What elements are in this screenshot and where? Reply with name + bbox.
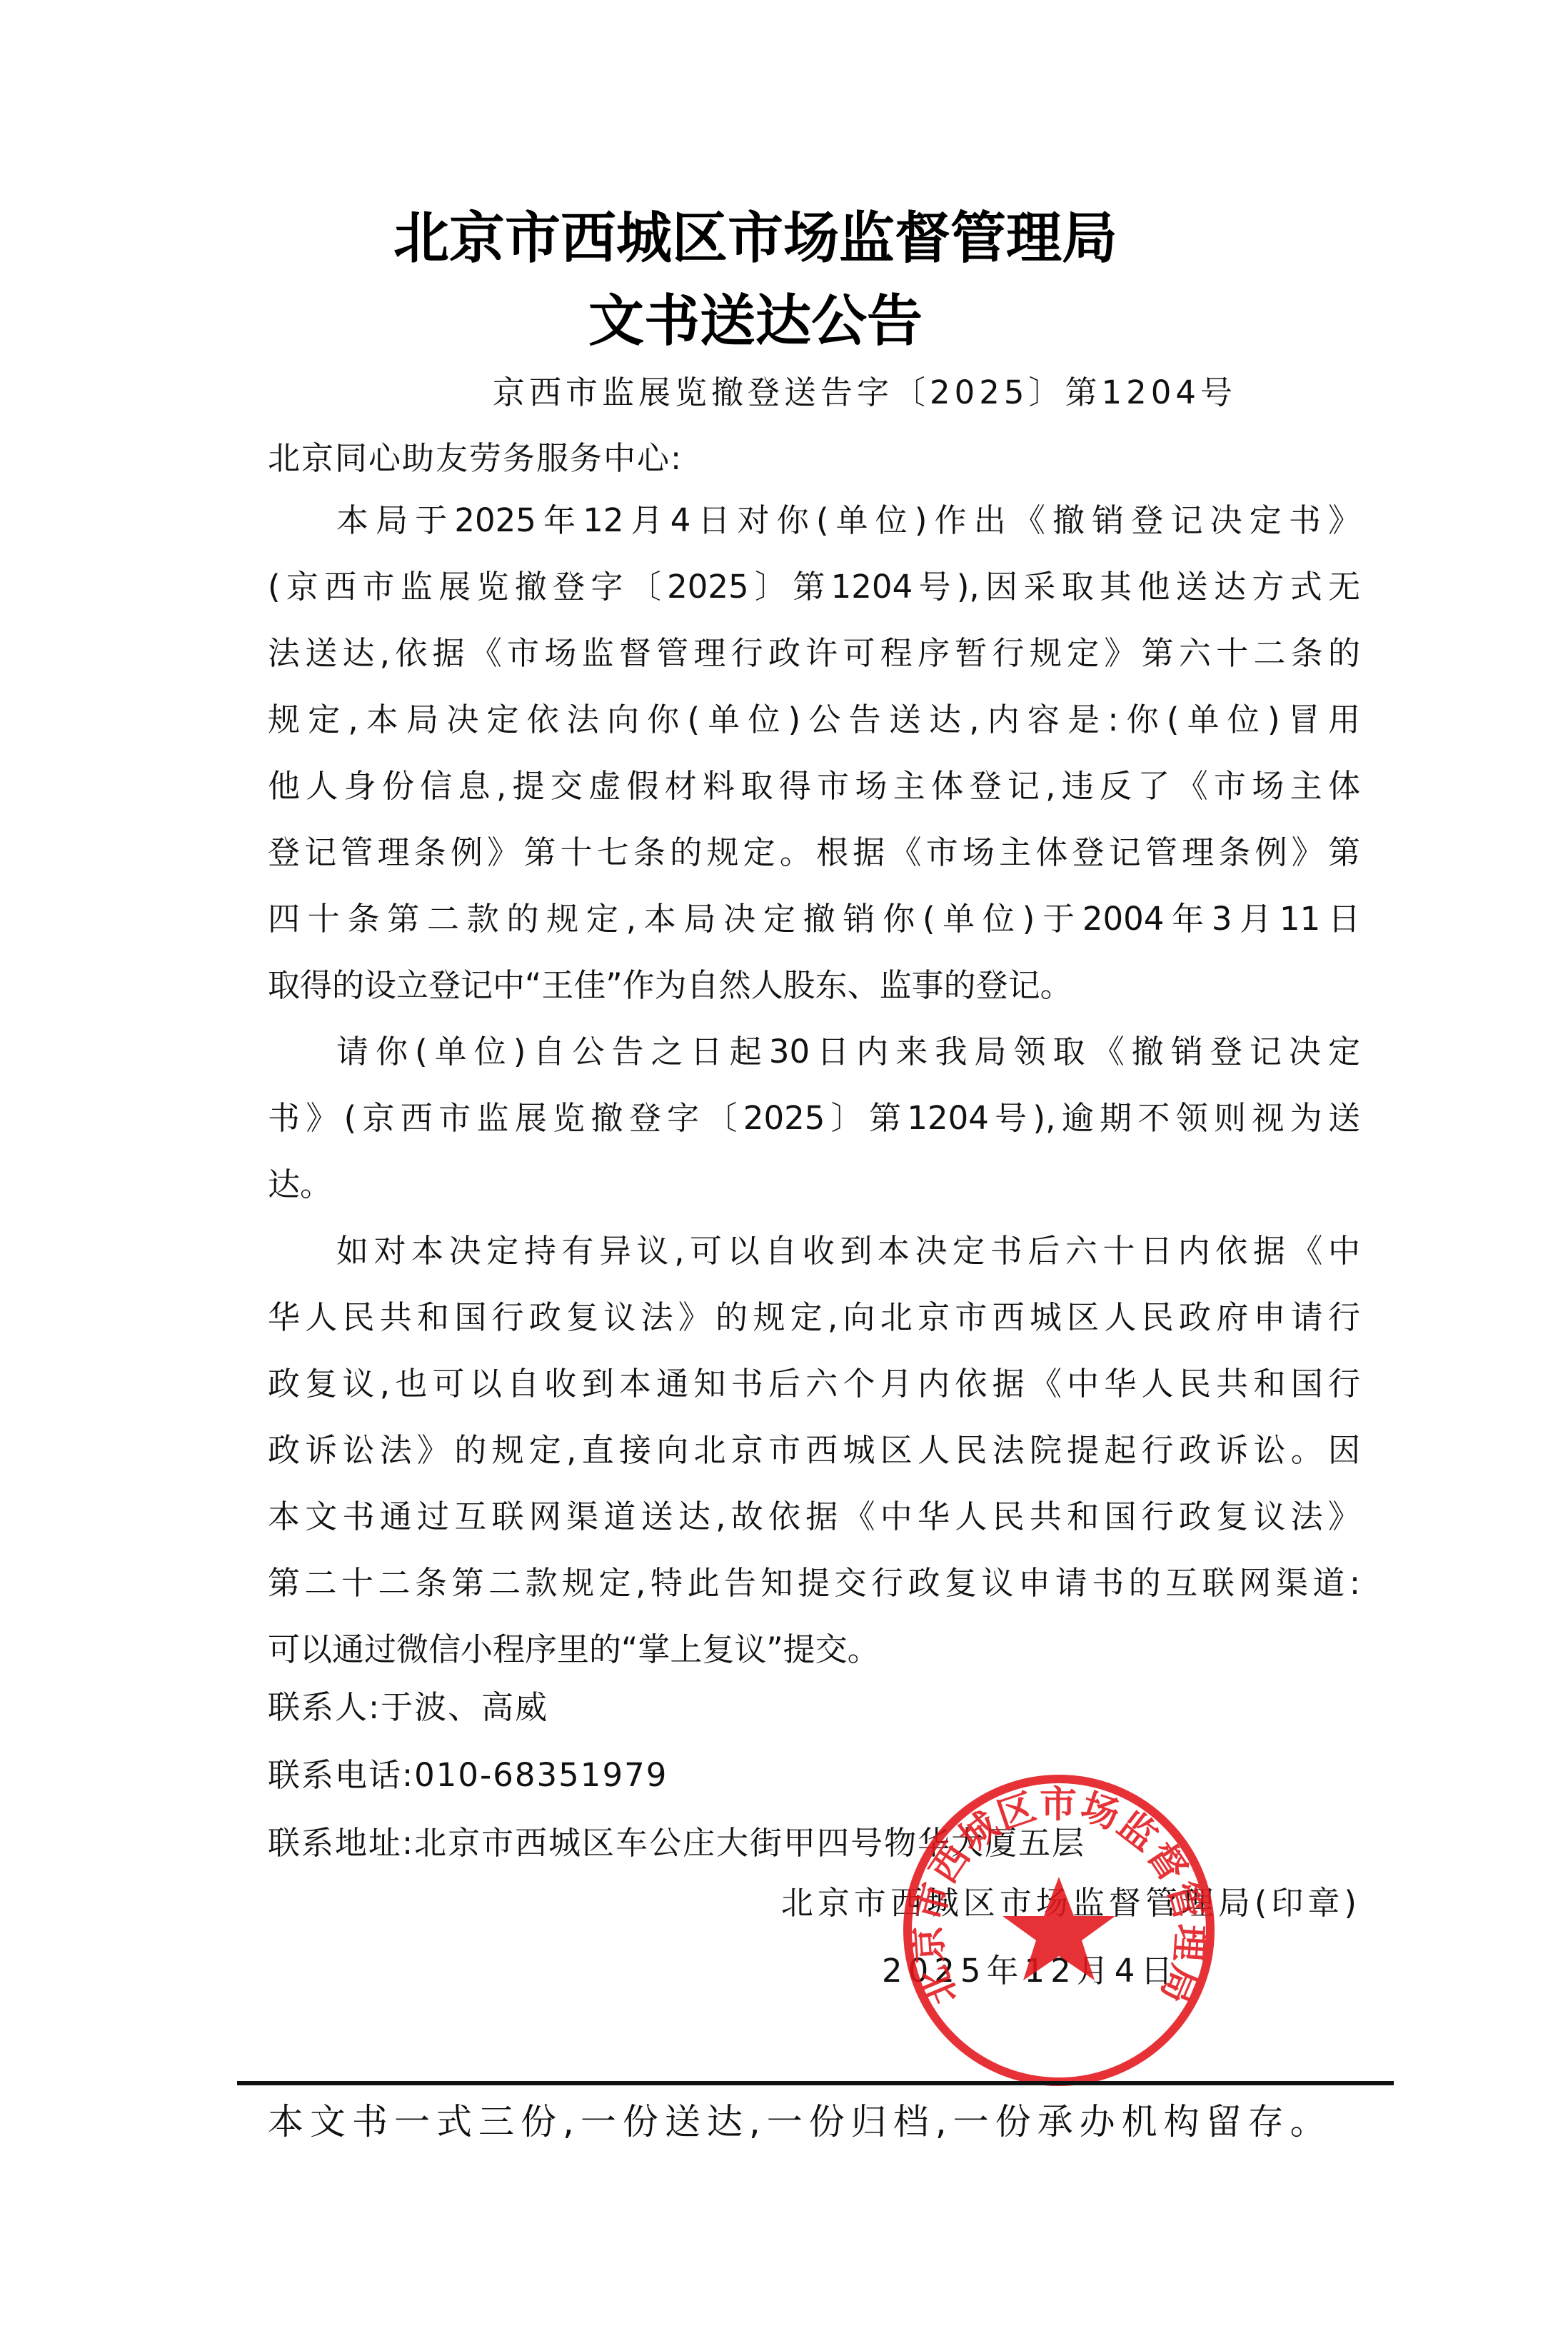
issue-date: 2025年12月4日: [882, 1950, 1178, 1992]
document-body: 本局于2025年12月4日对你(单位)作出《撤销登记决定书》 (京西市监展览撤登…: [268, 487, 1360, 1683]
footnote: 本文书一式三份,一份送达,一份归档,一份承办机构留存。: [268, 2098, 1332, 2145]
body-line: 政诉讼法》的规定,直接向北京市西城区人民法院提起行政诉讼。因: [268, 1417, 1360, 1483]
body-line: 他人身份信息,提交虚假材料取得市场主体登记,违反了《市场主体: [268, 753, 1360, 819]
contact-person: 联系人:于波、高威: [268, 1673, 1085, 1741]
contact-info: 联系人:于波、高威 联系电话:010-68351979 联系地址:北京市西城区车…: [268, 1673, 1085, 1877]
body-line: 本局于2025年12月4日对你(单位)作出《撤销登记决定书》: [268, 487, 1360, 553]
body-line: 登记管理条例》第十七条的规定。根据《市场主体登记管理条例》第: [268, 819, 1360, 886]
body-line: 法送达,依据《市场监督管理行政许可程序暂行规定》第六十二条的: [268, 620, 1360, 686]
contact-phone: 联系电话:010-68351979: [268, 1741, 1085, 1809]
body-line: 四十条第二款的规定,本局决定撤销你(单位)于2004年3月11日: [268, 886, 1360, 952]
body-line: 如对本决定持有异议,可以自收到本决定书后六十日内依据《中: [268, 1218, 1360, 1284]
page-title: 北京市西城区市场监督管理局: [0, 203, 1539, 274]
contact-address: 联系地址:北京市西城区车公庄大街甲四号物华大厦五层: [268, 1809, 1085, 1877]
body-line: 本文书通过互联网渠道送达,故依据《中华人民共和国行政复议法》: [268, 1483, 1360, 1550]
page-subtitle: 文书送达公告: [0, 286, 1539, 357]
body-line: 请你(单位)自公告之日起30日内来我局领取《撤销登记决定: [268, 1018, 1360, 1085]
body-line: 华人民共和国行政复议法》的规定,向北京市西城区人民政府申请行: [268, 1284, 1360, 1350]
body-line: 书》(京西市监展览撤登字〔2025〕第1204号),逾期不领则视为送: [268, 1085, 1360, 1151]
document-number: 京西市监展览撤登送告字〔2025〕第1204号: [493, 371, 1237, 414]
paragraph-3: 如对本决定持有异议,可以自收到本决定书后六十日内依据《中 华人民共和国行政复议法…: [268, 1218, 1360, 1683]
addressee: 北京同心助友劳务服务中心:: [268, 437, 1360, 480]
body-line: 规定,本局决定依法向你(单位)公告送达,内容是:你(单位)冒用: [268, 686, 1360, 753]
body-line: 第二十二条第二款规定,特此告知提交行政复议申请书的互联网渠道:: [268, 1550, 1360, 1616]
issuer-signature: 北京市西城区市场监督管理局(印章): [781, 1882, 1361, 1925]
body-line: 政复议,也可以自收到本通知书后六个月内依据《中华人民共和国行: [268, 1350, 1360, 1417]
footer-divider: [237, 2081, 1394, 2085]
document-page: 北京市西城区市场监督管理局 文书送达公告 京西市监展览撤登送告字〔2025〕第1…: [0, 0, 1568, 2331]
body-line: 达。: [268, 1151, 1360, 1218]
paragraph-2: 请你(单位)自公告之日起30日内来我局领取《撤销登记决定 书》(京西市监展览撤登…: [268, 1018, 1360, 1218]
body-line: (京西市监展览撤登字〔2025〕第1204号),因采取其他送达方式无: [268, 553, 1360, 620]
paragraph-1: 本局于2025年12月4日对你(单位)作出《撤销登记决定书》 (京西市监展览撤登…: [268, 487, 1360, 1018]
body-line: 取得的设立登记中“王佳”作为自然人股东、监事的登记。: [268, 952, 1360, 1018]
